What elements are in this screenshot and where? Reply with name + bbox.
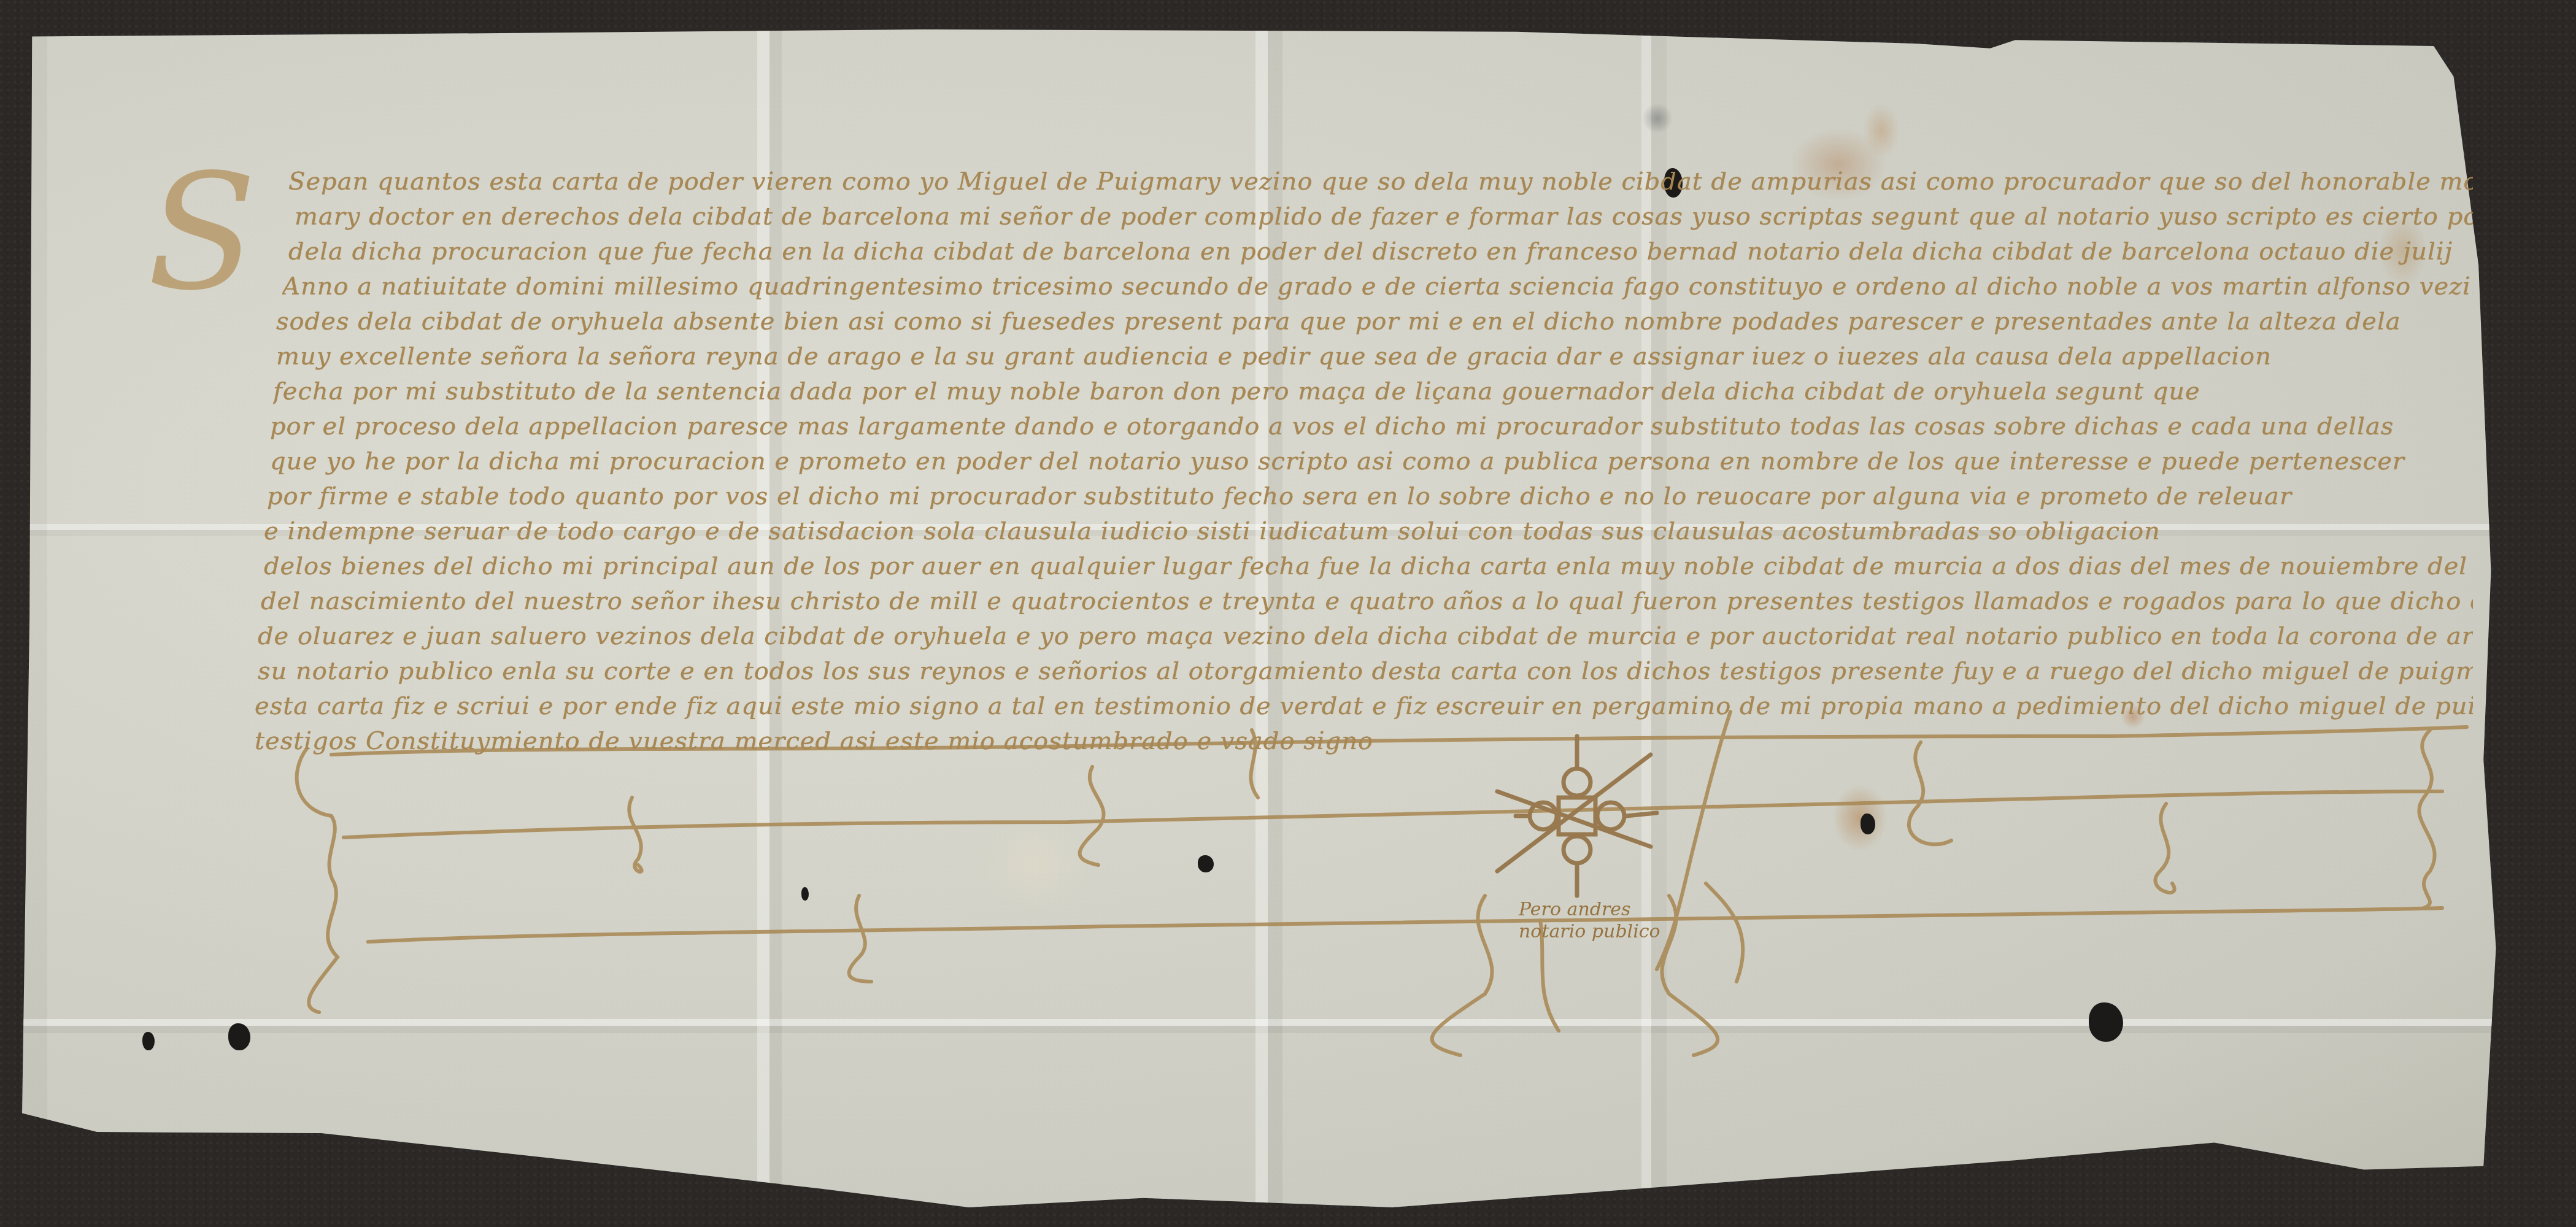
ruled-line [368, 908, 2442, 942]
notarial-flourishes [0, 0, 2576, 1227]
flourish [1909, 742, 1951, 844]
signum-inscription: Pero andres notario publico [1519, 899, 1660, 943]
flourish [1080, 767, 1104, 865]
signum-inscription-line: Pero andres [1519, 899, 1660, 921]
flourish [1251, 730, 1258, 798]
signum-cross [1497, 736, 1657, 896]
flourish [629, 798, 642, 872]
signum-loop [1706, 883, 1743, 982]
flourish [1657, 712, 1730, 969]
flourish [297, 748, 337, 1012]
flourish [2155, 804, 2174, 893]
ruled-line [331, 727, 2467, 755]
signum-inscription-line: notario publico [1519, 921, 1660, 943]
flourish [2419, 730, 2434, 908]
flourish [849, 896, 871, 982]
ruled-line [344, 791, 2442, 837]
